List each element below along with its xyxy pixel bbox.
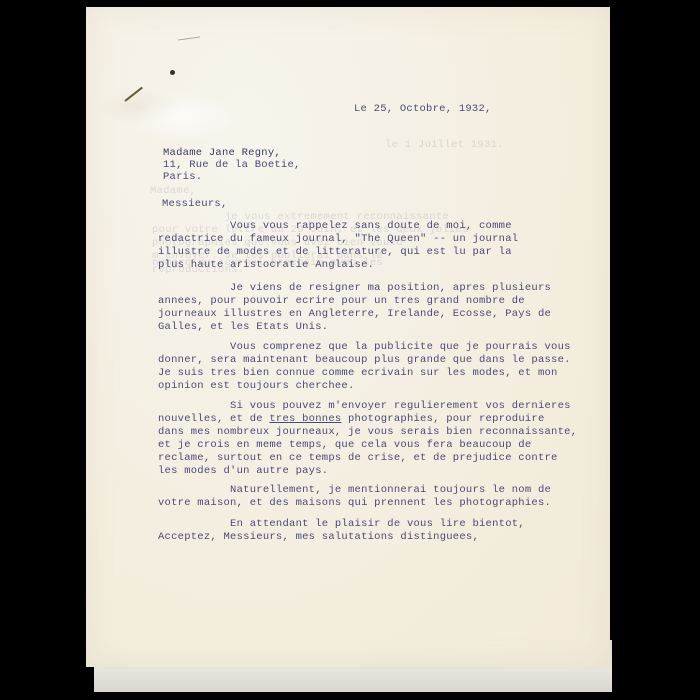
bleed-through-salutation: Madame,: [150, 185, 196, 198]
paragraph-line: Vous comprenez que la publicite que je p…: [158, 341, 571, 354]
line-suffix: photographies, pour reproduire: [341, 413, 544, 425]
paragraph-line: annees, pour pouvoir ecrire pour un tres…: [158, 295, 525, 308]
recipient-city: Paris.: [163, 171, 202, 184]
paragraph-line: et je crois en meme temps, que cela vous…: [158, 439, 531, 452]
paragraph-line: dans mes nombreux journeaux, je vous ser…: [158, 426, 577, 439]
paragraph-line: illustre de modes et de litterature, qui…: [158, 246, 512, 259]
bleed-through-date: le 1 Juillet 1931.: [385, 139, 504, 152]
paragraph-line: votre maison, et des maisons qui prennen…: [158, 497, 551, 510]
closing-line: Acceptez, Messieurs, mes salutations dis…: [158, 531, 479, 544]
paragraph-line: Je suis tres bien connue comme ecrivain …: [158, 367, 558, 380]
paragraph-line: redactrice du fameux journal, "The Queen…: [158, 233, 518, 246]
paragraph-line: Je viens de resigner ma position, apres …: [158, 282, 551, 295]
paragraph-line: plus haute aristocratie Anglaise.: [158, 259, 374, 272]
paper-crease: [86, 7, 610, 667]
line-prefix: nouvelles, et de: [158, 413, 269, 425]
paragraph-line: les modes d'un autre pays.: [158, 465, 328, 478]
underlined-emphasis: tres bonnes: [269, 413, 341, 425]
paragraph-line: opinion est toujours cherchee.: [158, 380, 355, 393]
paragraph-line: donner, sera maintenant beaucoup plus gr…: [158, 354, 571, 367]
letter-date: Le 25, Octobre, 1932,: [354, 103, 492, 116]
paragraph-line: Si vous pouvez m'envoyer regulierement v…: [158, 400, 571, 413]
pin-hole-mark: [170, 70, 175, 75]
closing-line: En attendant le plaisir de vous lire bie…: [158, 518, 525, 531]
letter-page: [86, 7, 610, 667]
paragraph-line: reclame, surtout en ce temps de crise, e…: [158, 452, 558, 465]
paragraph-line: Vous vous rappelez sans doute de moi, co…: [158, 220, 512, 233]
paragraph-line: Galles, et les Etats Unis.: [158, 321, 328, 334]
paragraph-line: journeaux illustres en Angleterre, Irela…: [158, 308, 551, 321]
paragraph-line: nouvelles, et de tres bonnes photographi…: [158, 413, 545, 426]
salutation: Messieurs,: [162, 198, 228, 211]
paragraph-line: Naturellement, je mentionnerai toujours …: [158, 484, 551, 497]
